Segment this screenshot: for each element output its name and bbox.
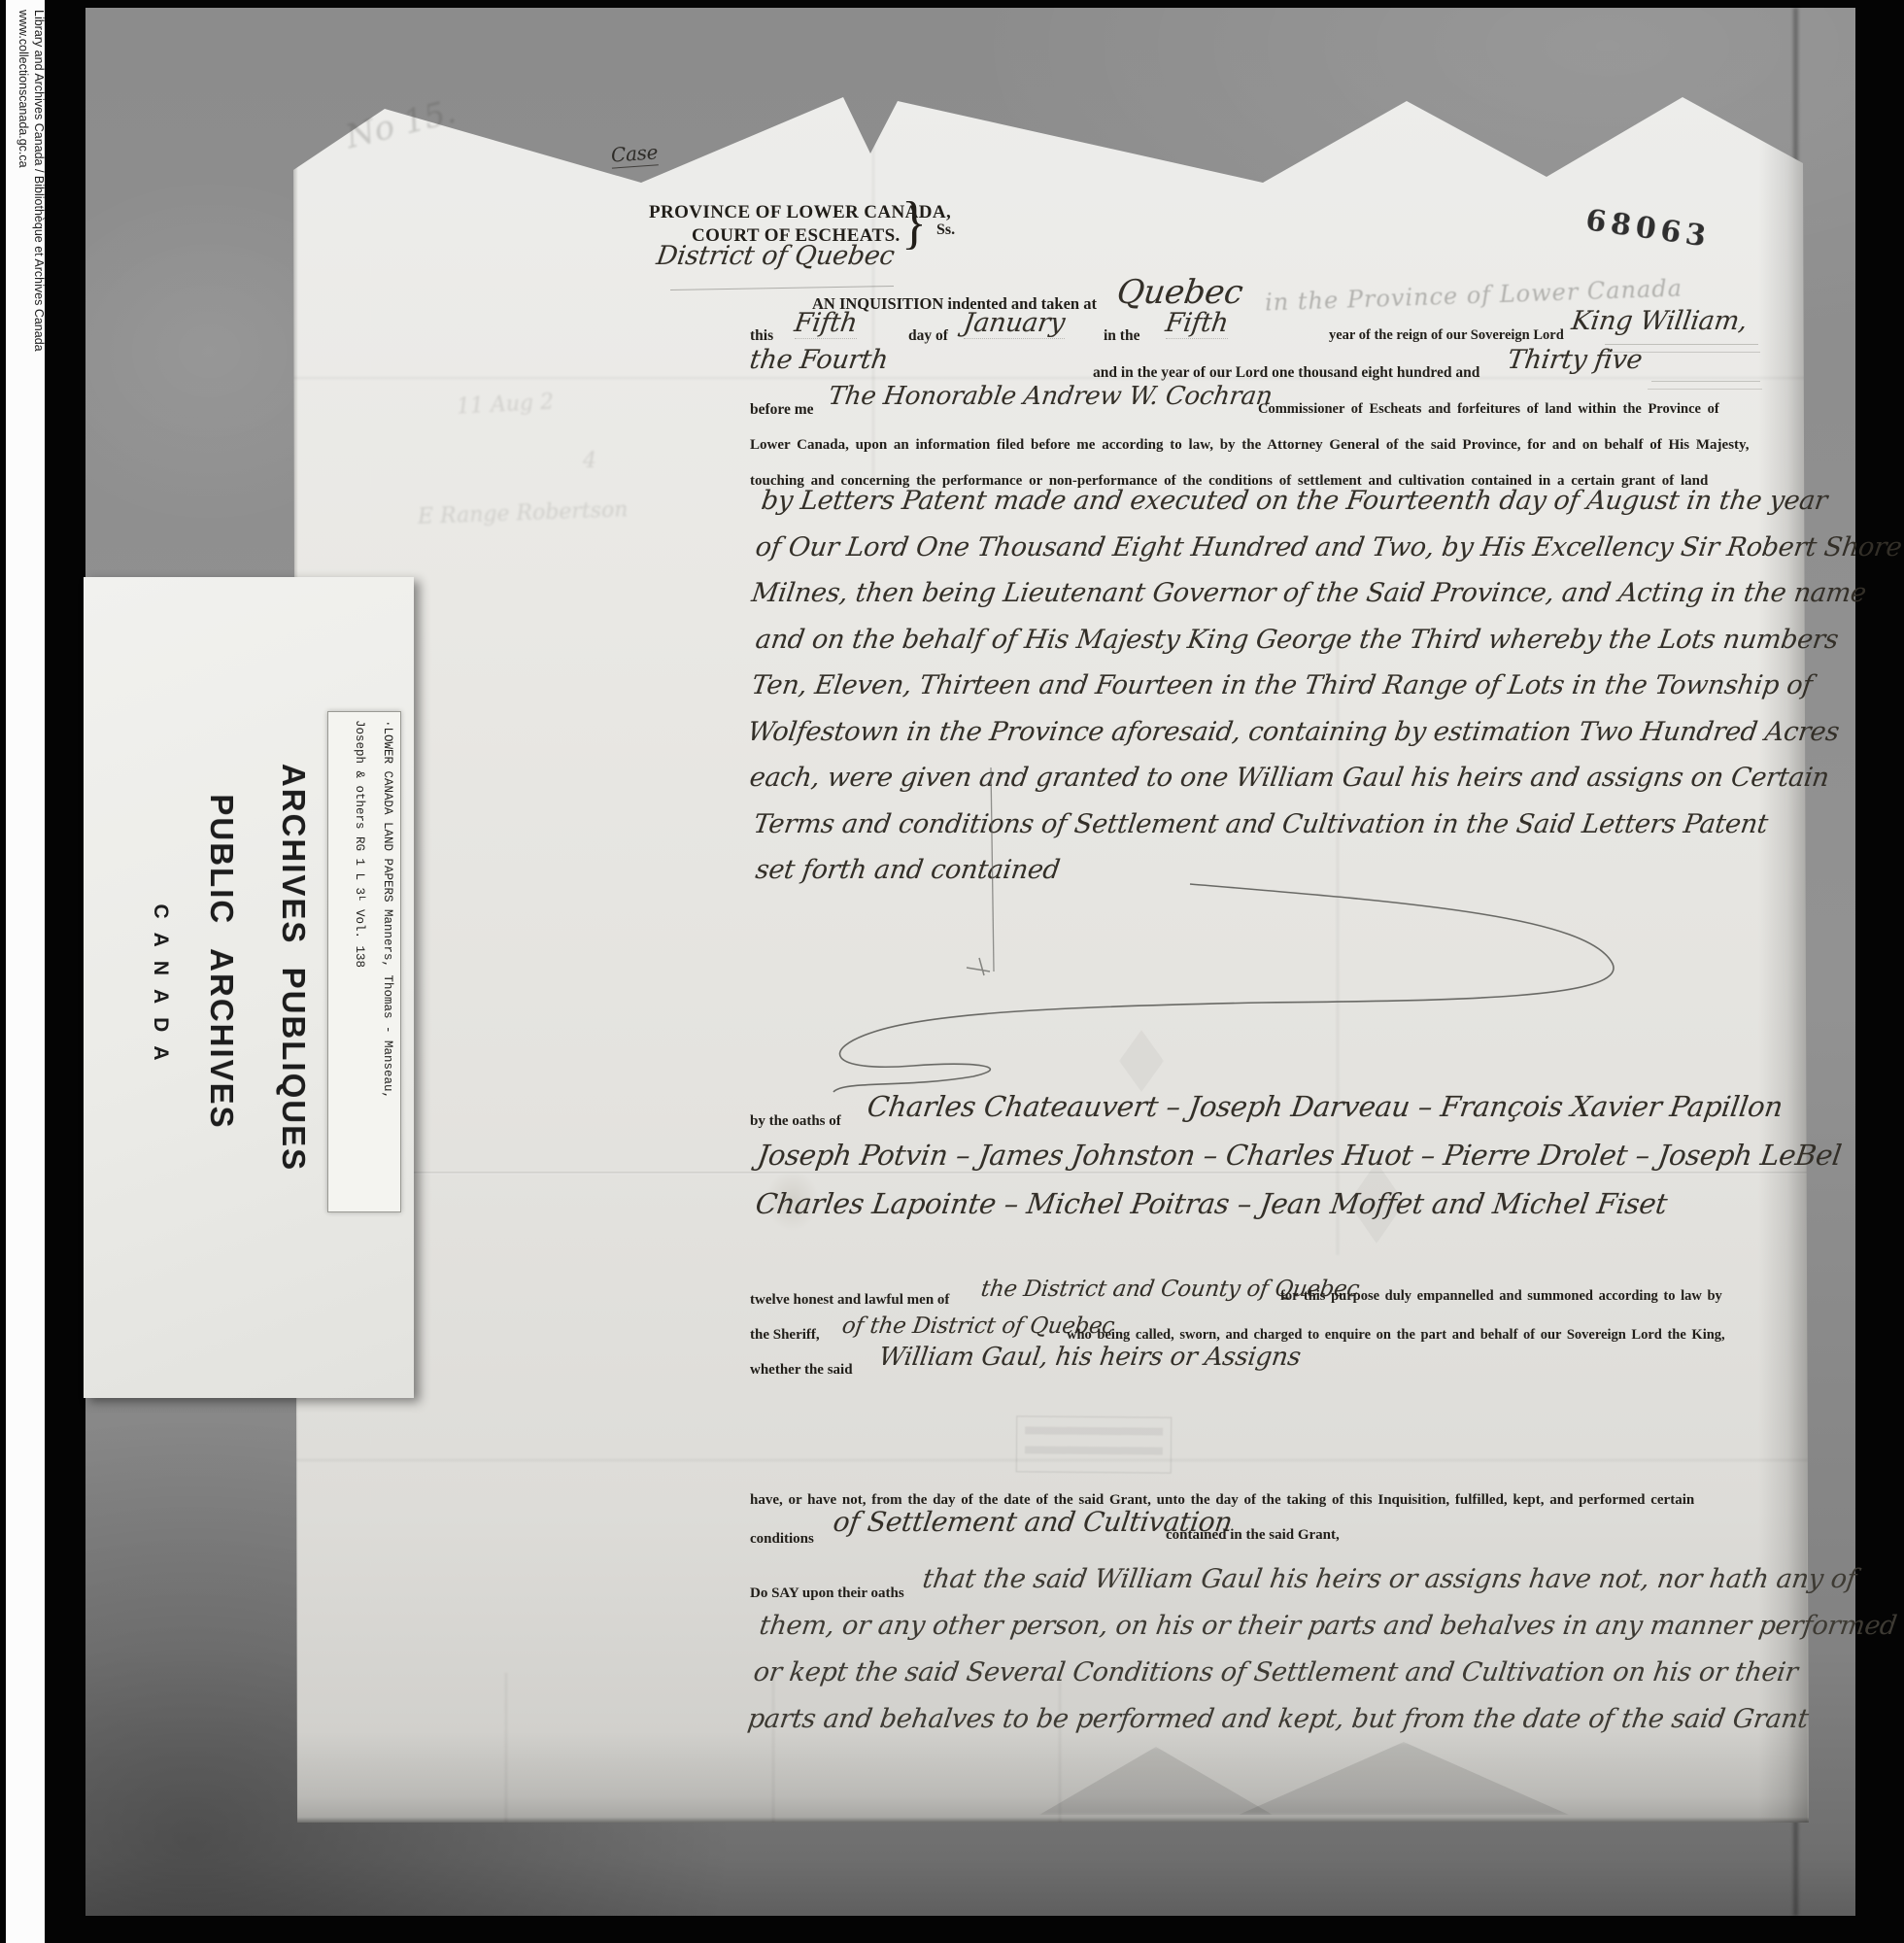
information-printed: Lower Canada, upon an information filed … bbox=[750, 437, 1749, 454]
date-day-handwritten: Fifth bbox=[795, 308, 857, 339]
grantee-handwritten: William Gaul, his heirs or Assigns bbox=[879, 1343, 1301, 1372]
pencil-margin-note: 11 Aug 2 bbox=[456, 390, 554, 419]
header-ss: Ss. bbox=[936, 222, 955, 239]
archives-credit-line: Library and Archives Canada / Bibliothèq… bbox=[31, 10, 47, 573]
year-printed: and in the year of our Lord one thousand… bbox=[1093, 364, 1479, 382]
scanned-document-page: Library and Archives Canada / Bibliothèq… bbox=[0, 0, 1904, 1943]
canada-stamp: CANADA bbox=[149, 904, 172, 1074]
date-printed: year of the reign of our Sovereign Lord bbox=[1329, 327, 1564, 344]
jury-printed: for this purpose duly empannelled and su… bbox=[1280, 1288, 1722, 1305]
sheriff-printed2: who being called, sworn, and charged to … bbox=[1067, 1327, 1725, 1344]
showthrough-line bbox=[1025, 1446, 1163, 1454]
juror-names-line: Charles Chateauvert – Joseph Darveau – F… bbox=[867, 1090, 1783, 1123]
date-month-handwritten: January bbox=[964, 308, 1065, 339]
inquisition-place-handwritten: Quebec bbox=[1117, 273, 1242, 312]
patent-line: of Our Lord One Thousand Eight Hundred a… bbox=[756, 532, 1902, 562]
public-archives-stamp: PUBLIC ARCHIVES bbox=[203, 794, 240, 1129]
paper-bottom-edge-shadow bbox=[289, 1731, 1811, 1824]
date-printed: this bbox=[750, 327, 773, 345]
conditions-printed: conditions bbox=[750, 1531, 814, 1548]
commissioner-name-handwritten: The Honorable Andrew W. Cochran bbox=[829, 382, 1272, 411]
archives-url-line: www.collectionscanada.gc.ca bbox=[16, 10, 31, 573]
catalog-label-line2: Joseph & others RG 1 L 3ᴸ Vol. 138 bbox=[352, 720, 366, 1204]
fold-crease bbox=[289, 1172, 1811, 1175]
sovereign-handwritten: King William, bbox=[1572, 306, 1747, 336]
verdict-handwritten-line: parts and behalves to be performed and k… bbox=[748, 1704, 1808, 1734]
blank-rule bbox=[1648, 389, 1762, 390]
fold-crease bbox=[289, 377, 1811, 379]
archive-envelope: PUBLIC ARCHIVES ARCHIVES PUBLIQUES CANAD… bbox=[84, 577, 414, 1398]
verdict-handwritten-line: or kept the said Several Conditions of S… bbox=[754, 1657, 1797, 1687]
dosay-printed: Do SAY upon their oaths bbox=[750, 1585, 904, 1602]
before-me-printed: before me bbox=[750, 401, 814, 419]
juror-names-line: Joseph Potvin – James Johnston – Charles… bbox=[758, 1139, 1841, 1172]
district-handwritten: District of Quebec bbox=[657, 241, 894, 271]
patent-line: Milnes, then being Lieutenant Governor o… bbox=[752, 578, 1866, 608]
year-handwritten: Thirty five bbox=[1508, 345, 1642, 375]
date-printed: day of bbox=[908, 327, 948, 345]
juror-names-line: Charles Lapointe – Michel Poitras – Jean… bbox=[756, 1187, 1667, 1220]
verdict-handwritten-line: that the said William Gaul his heirs or … bbox=[923, 1564, 1856, 1594]
showthrough-stamp-box bbox=[1016, 1415, 1173, 1473]
catalog-label: ·LOWER CANADA LAND PAPERS Manners, Thoma… bbox=[327, 711, 401, 1212]
case-note: Case bbox=[610, 140, 659, 168]
whether-printed: whether the said bbox=[750, 1362, 853, 1379]
archival-watermark-text: Library and Archives Canada / Bibliothèq… bbox=[16, 10, 47, 573]
archival-watermark-strip: Library and Archives Canada / Bibliothèq… bbox=[6, 0, 45, 1943]
commissioner-title-printed: Commissioner of Escheats and forfeitures… bbox=[1258, 401, 1719, 418]
contained-printed: contained in the said Grant, bbox=[1166, 1527, 1340, 1544]
patent-line: and on the behalf of His Majesty King Ge… bbox=[756, 625, 1838, 655]
showthrough-line bbox=[1025, 1426, 1163, 1435]
flourish-squiggle bbox=[816, 738, 1690, 1127]
archives-publiques-stamp: ARCHIVES PUBLIQUES bbox=[275, 764, 312, 1172]
jury-printed: twelve honest and lawful men of bbox=[750, 1292, 949, 1309]
regnal-year-handwritten: Fifth bbox=[1166, 308, 1228, 339]
catalog-label-line1: ·LOWER CANADA LAND PAPERS Manners, Thoma… bbox=[380, 720, 394, 1204]
blank-rule bbox=[1651, 381, 1760, 382]
verdict-handwritten-line: them, or any other person, on his or the… bbox=[760, 1611, 1896, 1641]
header-brace: } bbox=[901, 188, 927, 256]
sheriff-printed: the Sheriff, bbox=[750, 1327, 820, 1344]
date-printed: in the bbox=[1104, 327, 1139, 345]
pencil-margin-note: 4 bbox=[583, 449, 596, 473]
patent-line: Ten, Eleven, Thirteen and Fourteen in th… bbox=[752, 670, 1812, 700]
oaths-printed: by the oaths of bbox=[750, 1113, 841, 1130]
sovereign-ordinal-handwritten: the Fourth bbox=[750, 345, 888, 375]
patent-line: by Letters Patent made and executed on t… bbox=[762, 486, 1827, 516]
